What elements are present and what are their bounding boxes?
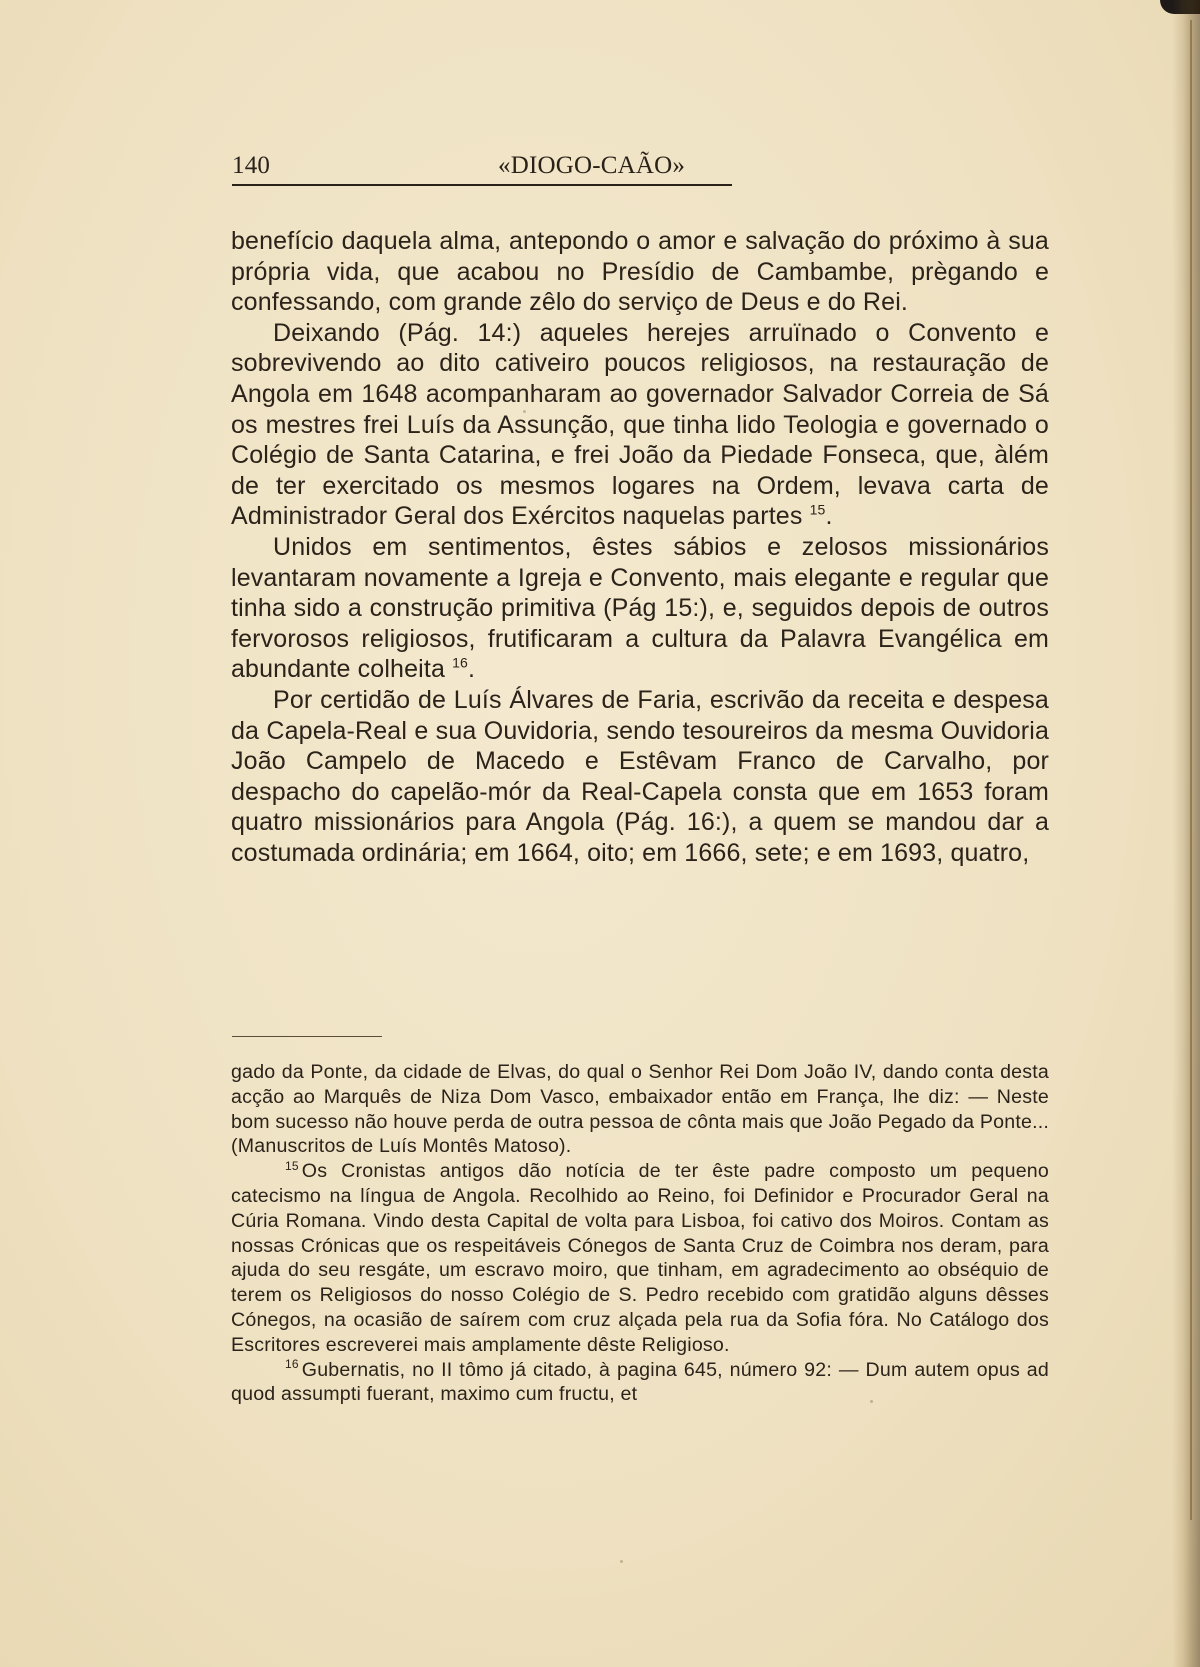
page-edge-line xyxy=(1190,20,1192,1520)
footnote-16: 16Gubernatis, no II tômo já citado, à pa… xyxy=(231,1358,1049,1408)
paragraph-text: Deixando (Pág. 14:) aqueles herejes arru… xyxy=(231,319,1049,531)
footnote-number: 16 xyxy=(285,1357,299,1371)
paragraph-tail: . xyxy=(826,502,833,530)
header-rule xyxy=(232,184,732,186)
footnote-separator xyxy=(232,1036,382,1037)
footnote-text: Gubernatis, no II tômo já citado, à pagi… xyxy=(231,1359,1049,1406)
running-header: 140 «DIOGO-CAÃO» xyxy=(232,148,734,188)
main-text: benefício daquela alma, antepondo o amor… xyxy=(231,226,1049,868)
footnote-text: Os Cronistas antigos dão notícia de ter … xyxy=(231,1160,1049,1356)
page-number: 140 xyxy=(232,152,270,180)
book-page: 140 «DIOGO-CAÃO» benefício daquela alma,… xyxy=(0,0,1200,1667)
paper-speck xyxy=(523,410,526,413)
footnote-15: 15Os Cronistas antigos dão notícia de te… xyxy=(231,1159,1049,1357)
paragraph-text: benefício daquela alma, antepondo o amor… xyxy=(231,227,1049,316)
footnote-continuation: gado da Ponte, da cidade de Elvas, do qu… xyxy=(231,1060,1049,1159)
paragraph-2: Deixando (Pág. 14:) aqueles herejes arru… xyxy=(231,318,1049,532)
footnote-text: gado da Ponte, da cidade de Elvas, do qu… xyxy=(231,1061,1049,1157)
paragraph-3: Unidos em sentimentos, êstes sábios e ze… xyxy=(231,532,1049,685)
paragraph-text: Por certidão de Luís Álvares de Faria, e… xyxy=(231,686,1049,867)
paragraph-tail: . xyxy=(468,655,475,683)
footnote-reference-15[interactable]: 15 xyxy=(810,502,826,518)
paper-speck xyxy=(620,1560,623,1563)
footnote-number: 15 xyxy=(285,1159,299,1173)
footnotes: gado da Ponte, da cidade de Elvas, do qu… xyxy=(231,1060,1049,1407)
book-spine-shadow xyxy=(1172,0,1200,1667)
running-title: «DIOGO-CAÃO» xyxy=(498,152,685,180)
paragraph-1: benefício daquela alma, antepondo o amor… xyxy=(231,226,1049,318)
paragraph-4: Por certidão de Luís Álvares de Faria, e… xyxy=(231,685,1049,869)
footnote-reference-16[interactable]: 16 xyxy=(452,655,468,671)
paper-speck xyxy=(870,1400,873,1403)
paragraph-text: Unidos em sentimentos, êstes sábios e ze… xyxy=(231,533,1049,683)
